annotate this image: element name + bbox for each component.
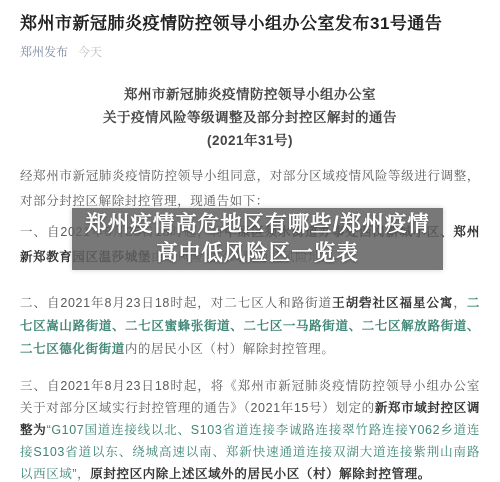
article-title: 郑州市新冠肺炎疫情防控领导小组办公室发布31号通告	[20, 12, 480, 36]
byline: 郑州发布 今天	[20, 45, 480, 59]
para3-release-clause: 原封控区内除上述区域外的居民小区（村）解除封控管理。	[90, 467, 431, 481]
notice-para2: 二、自2021年8月23日18时起，对二七区人和路街道王胡砦社区福星公寓，二七区…	[20, 292, 480, 361]
notice-intro: 经郑州市新冠肺炎疫情防控领导小组同意，对部分区域疫情风险等级进行调整，对部分封控…	[20, 164, 480, 214]
watermark-line1: 郑州疫情高危地区有哪些/郑州疫情	[85, 210, 429, 239]
risk-area-watermark-overlay: 郑州疫情高危地区有哪些/郑州疫情 高中低风险区一览表	[72, 208, 443, 270]
watermark-line2: 高中低风险区一览表	[156, 239, 359, 268]
notice-heading-line1: 郑州市新冠肺炎疫情防控领导小组办公室	[20, 83, 480, 106]
notice-heading-number: (2021年31号)	[20, 129, 480, 152]
para2-date-clause: 二、自2021年8月23日18时起，对二七区人和路街道	[20, 296, 332, 310]
para2-compound-name: 王胡砦社区福星公寓	[332, 296, 453, 310]
article-page: 郑州市新冠肺炎疫情防控领导小组办公室发布31号通告 郑州发布 今天 郑州市新冠肺…	[0, 0, 500, 482]
publish-date: 今天	[78, 45, 102, 59]
para2-comma: ，	[453, 296, 466, 310]
notice-heading-line2: 关于疫情风险等级调整及部分封控区解封的通告	[20, 106, 480, 129]
notice-heading: 郑州市新冠肺炎疫情防控领导小组办公室 关于疫情风险等级调整及部分封控区解封的通告…	[20, 83, 480, 152]
account-name-link[interactable]: 郑州发布	[20, 45, 68, 59]
notice-para3: 三、自2021年8月23日18时起，将《郑州市新冠肺炎疫情防控领导小组办公室关于…	[20, 375, 480, 482]
para2-release-clause: 内的居民小区（村）解除封控管理。	[125, 342, 335, 356]
